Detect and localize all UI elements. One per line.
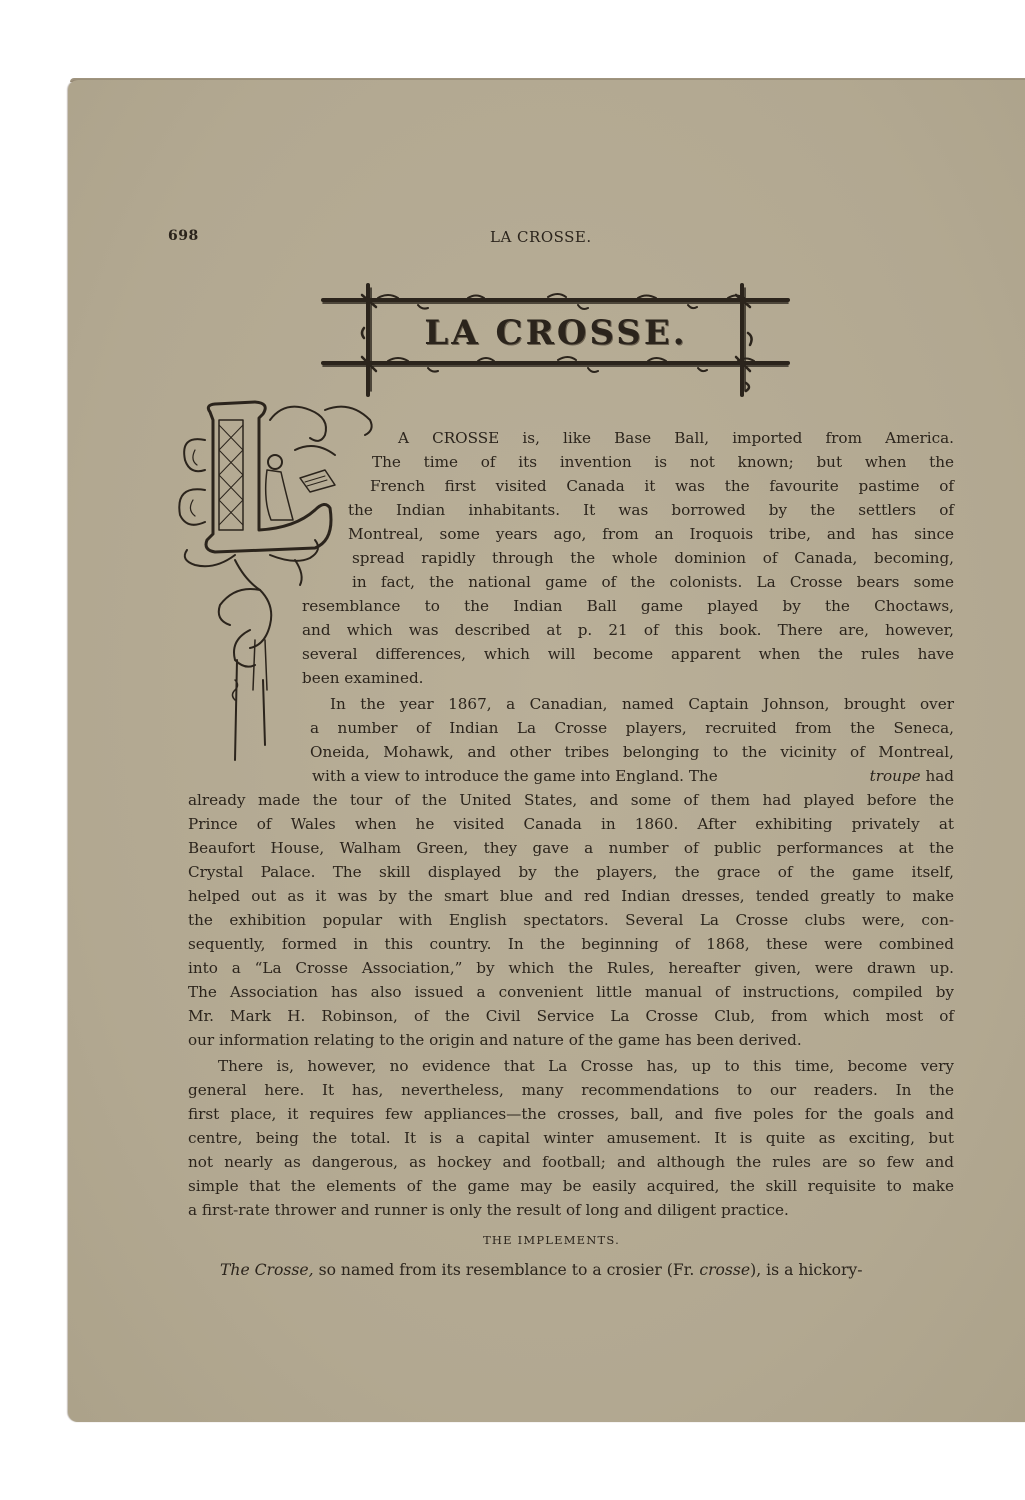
text-segment: had bbox=[925, 767, 954, 785]
text-line: Oneida, Mohawk, and other tribes belongi… bbox=[310, 740, 954, 764]
text-line: first place, it requires few appliances—… bbox=[188, 1102, 954, 1126]
italic-troupe: troupe bbox=[870, 767, 921, 785]
text-line-with-italic: The Crosse, so named from its resemblanc… bbox=[220, 1258, 954, 1282]
text-segment: so named from its resemblance to a crosi… bbox=[319, 1261, 695, 1279]
text-line: The time of its invention is not known; … bbox=[372, 450, 954, 474]
text-line: The Association has also issued a conven… bbox=[188, 980, 954, 1004]
text-line: several differences, which will become a… bbox=[302, 642, 954, 666]
text-segment: ), is a hickory- bbox=[750, 1261, 862, 1279]
text-line: simple that the elements of the game may… bbox=[188, 1174, 954, 1198]
text-line: the Indian inhabitants. It was borrowed … bbox=[348, 498, 954, 522]
text-line: Beaufort House, Walham Green, they gave … bbox=[188, 836, 954, 860]
text-line: general here. It has, nevertheless, many… bbox=[188, 1078, 954, 1102]
text-line: resemblance to the Indian Ball game play… bbox=[302, 594, 954, 618]
text-line: already made the tour of the United Stat… bbox=[188, 788, 954, 812]
section-heading-text: THE IMPLEMENTS. bbox=[483, 1233, 620, 1247]
text-line: in fact, the national game of the coloni… bbox=[352, 570, 954, 594]
italic-word: troupe had bbox=[870, 764, 954, 788]
text-line: into a “La Crosse Association,” by which… bbox=[188, 956, 954, 980]
text-line: been examined. bbox=[302, 666, 424, 690]
text-line: French first visited Canada it was the f… bbox=[370, 474, 954, 498]
text-line: a first-rate thrower and runner is only … bbox=[188, 1198, 789, 1222]
text-line: and which was described at p. 21 of this… bbox=[302, 618, 954, 642]
text-line: There is, however, no evidence that La C… bbox=[218, 1054, 954, 1078]
title-banner: LA CROSSE. bbox=[318, 283, 794, 398]
text-segment: with a view to introduce the game into E… bbox=[312, 764, 718, 788]
text-line: In the year 1867, a Canadian, named Capt… bbox=[330, 692, 954, 716]
text-line: helped out as it was by the smart blue a… bbox=[188, 884, 954, 908]
text-line: not nearly as dangerous, as hockey and f… bbox=[188, 1150, 954, 1174]
text-line: a number of Indian La Crosse players, re… bbox=[310, 716, 954, 740]
text-line: Crystal Palace. The skill displayed by t… bbox=[188, 860, 954, 884]
text-line: Montreal, some years ago, from an Iroquo… bbox=[348, 522, 954, 546]
text-line: the exhibition popular with English spec… bbox=[188, 908, 954, 932]
text-line: our information relating to the origin a… bbox=[188, 1028, 802, 1052]
text-line: spread rapidly through the whole dominio… bbox=[352, 546, 954, 570]
page-number: 698 bbox=[168, 228, 199, 244]
text-line: Prince of Wales when he visited Canada i… bbox=[188, 812, 954, 836]
running-title: LA CROSSE. bbox=[490, 228, 592, 246]
text-line: centre, being the total. It is a capital… bbox=[188, 1126, 954, 1150]
text-line: sequently, formed in this country. In th… bbox=[188, 932, 954, 956]
title-text: LA CROSSE. bbox=[318, 313, 794, 353]
italic-the-crosse: The Crosse, bbox=[220, 1261, 314, 1279]
text-line: A CROSSE is, like Base Ball, imported fr… bbox=[398, 426, 954, 450]
section-heading: THE IMPLEMENTS. bbox=[0, 1233, 1025, 1247]
italic-crosse: crosse bbox=[699, 1261, 750, 1279]
text-line: Mr. Mark H. Robinson, of the Civil Servi… bbox=[188, 1004, 954, 1028]
text-line-with-italic: with a view to introduce the game into E… bbox=[312, 764, 954, 788]
